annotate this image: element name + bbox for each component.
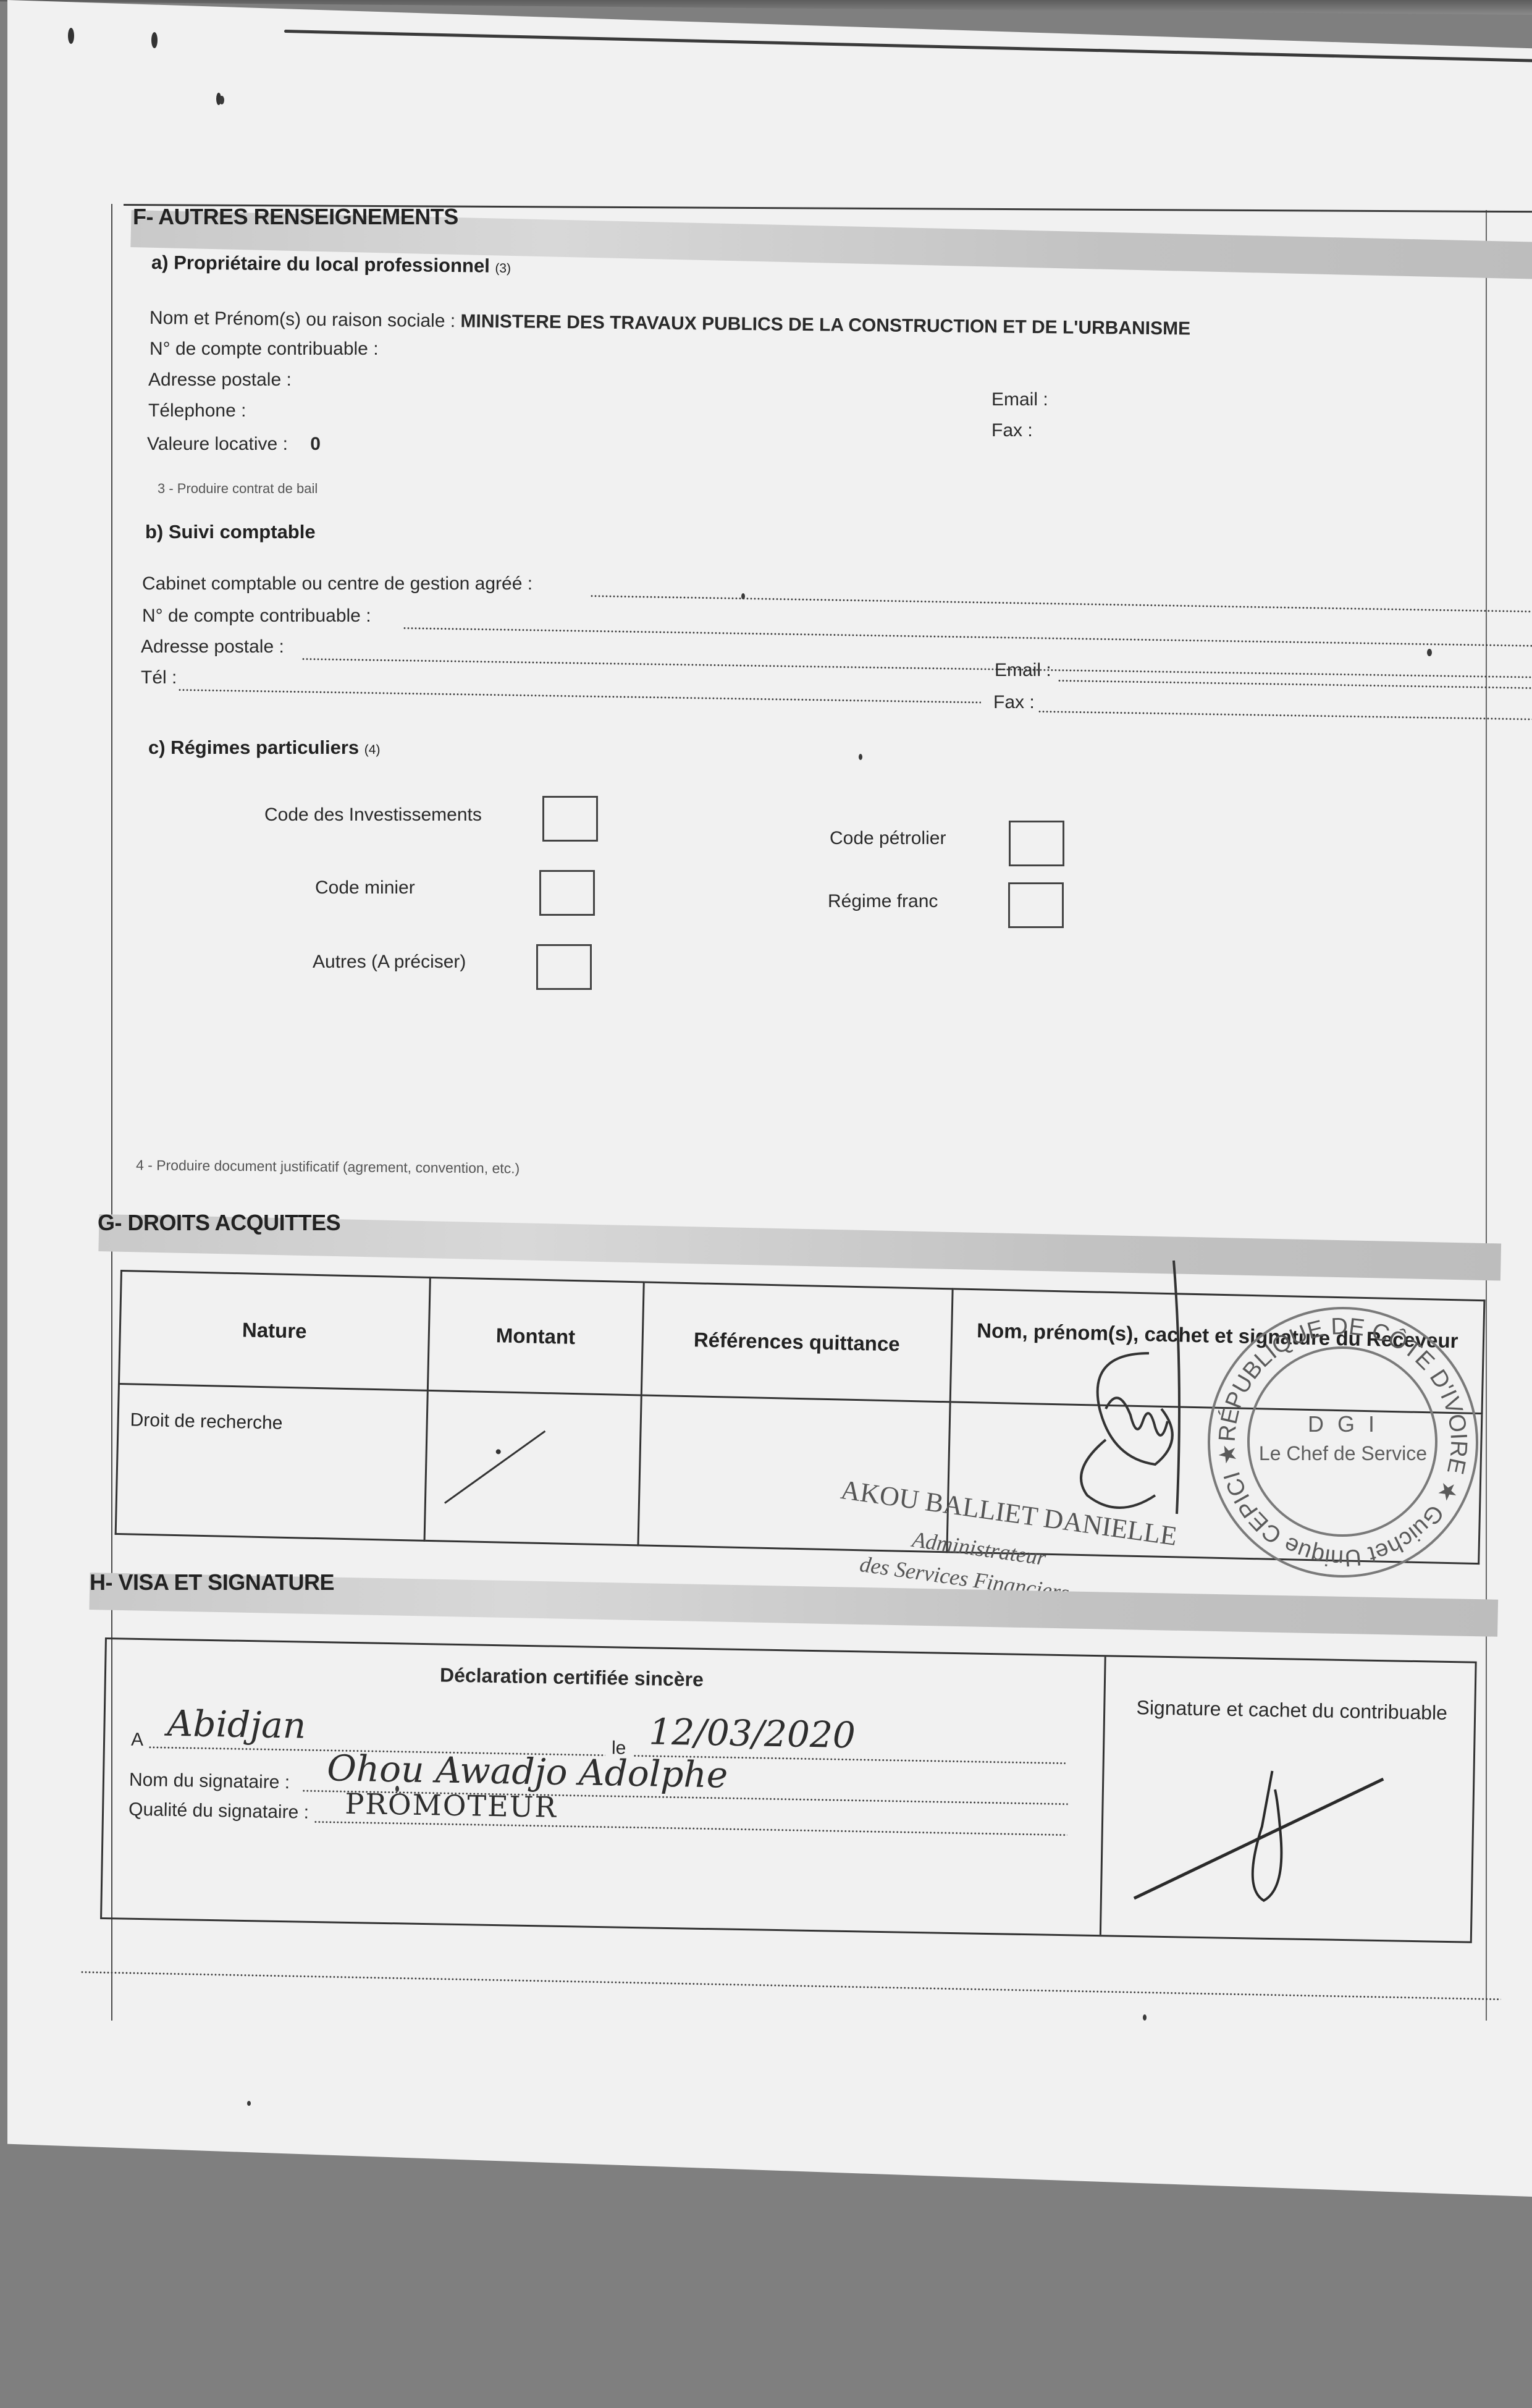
stamp-inner-circle (1247, 1346, 1437, 1537)
declaration-title: Déclaration certifiée sincère (440, 1663, 704, 1691)
proprietaire-nom-label: Nom et Prénom(s) ou raison sociale : (149, 308, 456, 331)
regimes-title-text: c) Régimes particuliers (148, 737, 359, 758)
punch-hole-mark (68, 28, 74, 44)
proprietaire-adresse-label: Adresse postale : (148, 370, 292, 391)
signataire-qualite-field[interactable] (314, 1821, 1067, 1836)
suivi-email-label: Email : (995, 660, 1051, 681)
contribuable-signature (1122, 1762, 1446, 1916)
punch-hole-mark (151, 32, 158, 48)
regime-autres-label: Autres (A préciser) (313, 952, 466, 973)
signataire-qualite-label: Qualité du signataire : (128, 1799, 309, 1823)
regime-autres-checkbox[interactable] (536, 944, 592, 990)
suivi-comptable-title: b) Suivi comptable (145, 521, 316, 543)
column-header-references: Références quittance (641, 1282, 953, 1402)
footnote-ref-4: (4) (364, 743, 381, 757)
section-g-title: G- DROITS ACQUITTES (98, 1210, 340, 1236)
regime-code-petrolier-label: Code pétrolier (830, 828, 946, 849)
valeur-locative-value: 0 (310, 434, 321, 454)
suivi-tel-label: Tél : (141, 667, 177, 688)
section-h-title: H- VISA ET SIGNATURE (90, 1569, 334, 1595)
footnote-4: 4 - Produire document justificatif (agre… (136, 1157, 520, 1177)
visa-box-divider (1100, 1657, 1106, 1935)
regimes-title: c) Régimes particuliers (4) (148, 737, 380, 759)
form-right-border (1486, 210, 1487, 2021)
stamp-line-dgi: D G I (1210, 1411, 1476, 1437)
stamp-line-chef: Le Chef de Service (1210, 1442, 1476, 1465)
column-header-montant: Montant (427, 1277, 644, 1395)
regime-franc-label: Régime franc (828, 891, 938, 912)
visa-signature-box: Déclaration certifiée sincère A Abidjan … (100, 1637, 1477, 1943)
cell-references (638, 1395, 950, 1552)
regime-franc-checkbox[interactable] (1008, 882, 1064, 928)
suivi-adresse-label: Adresse postale : (141, 636, 284, 657)
lieu-value: Abidjan (167, 1702, 306, 1747)
signataire-qualite-value: PROMOTEUR (345, 1787, 558, 1824)
regime-code-minier-checkbox[interactable] (539, 870, 595, 916)
footnote-3: 3 - Produire contrat de bail (158, 481, 318, 497)
proprietaire-fax-label: Fax : (991, 420, 1033, 441)
section-f-title: F- AUTRES RENSEIGNEMENTS (133, 204, 458, 230)
proprietaire-compte-label: N° de compte contribuable : (149, 339, 379, 360)
cell-montant (424, 1390, 641, 1545)
regime-code-petrolier-checkbox[interactable] (1009, 821, 1064, 866)
valeur-locative-row: Valeure locative : 0 (147, 434, 321, 455)
montant-slash-mark (426, 1392, 641, 1519)
footnote-ref-3: (3) (495, 261, 511, 276)
valeur-locative-label: Valeure locative : (147, 434, 288, 454)
proprietaire-title: a) Propriétaire du local professionnel (… (151, 251, 511, 277)
cell-nature: Droit de recherche (116, 1384, 427, 1540)
official-stamp: RÉPUBLIQUE DE CÔTE D'IVOIRE ★ Guichet Un… (1208, 1307, 1478, 1578)
signature-box-title: Signature et cachet du contribuable (1125, 1688, 1459, 1732)
signataire-nom-label: Nom du signataire : (129, 1770, 290, 1794)
proprietaire-title-text: a) Propriétaire du local professionnel (151, 251, 490, 277)
cabinet-label: Cabinet comptable ou centre de gestion a… (142, 573, 532, 594)
regime-code-investissements-label: Code des Investissements (264, 805, 482, 826)
suivi-compte-label: N° de compte contribuable : (142, 606, 371, 627)
regime-code-minier-label: Code minier (315, 877, 415, 898)
proprietaire-telephone-label: Télephone : (148, 400, 246, 421)
proprietaire-email-label: Email : (991, 389, 1048, 410)
column-header-nature: Nature (119, 1271, 430, 1391)
suivi-fax-label: Fax : (993, 692, 1035, 713)
lieu-label: A (131, 1730, 144, 1751)
regime-code-investissements-checkbox[interactable] (542, 796, 598, 842)
date-value: 12/03/2020 (649, 1710, 856, 1756)
